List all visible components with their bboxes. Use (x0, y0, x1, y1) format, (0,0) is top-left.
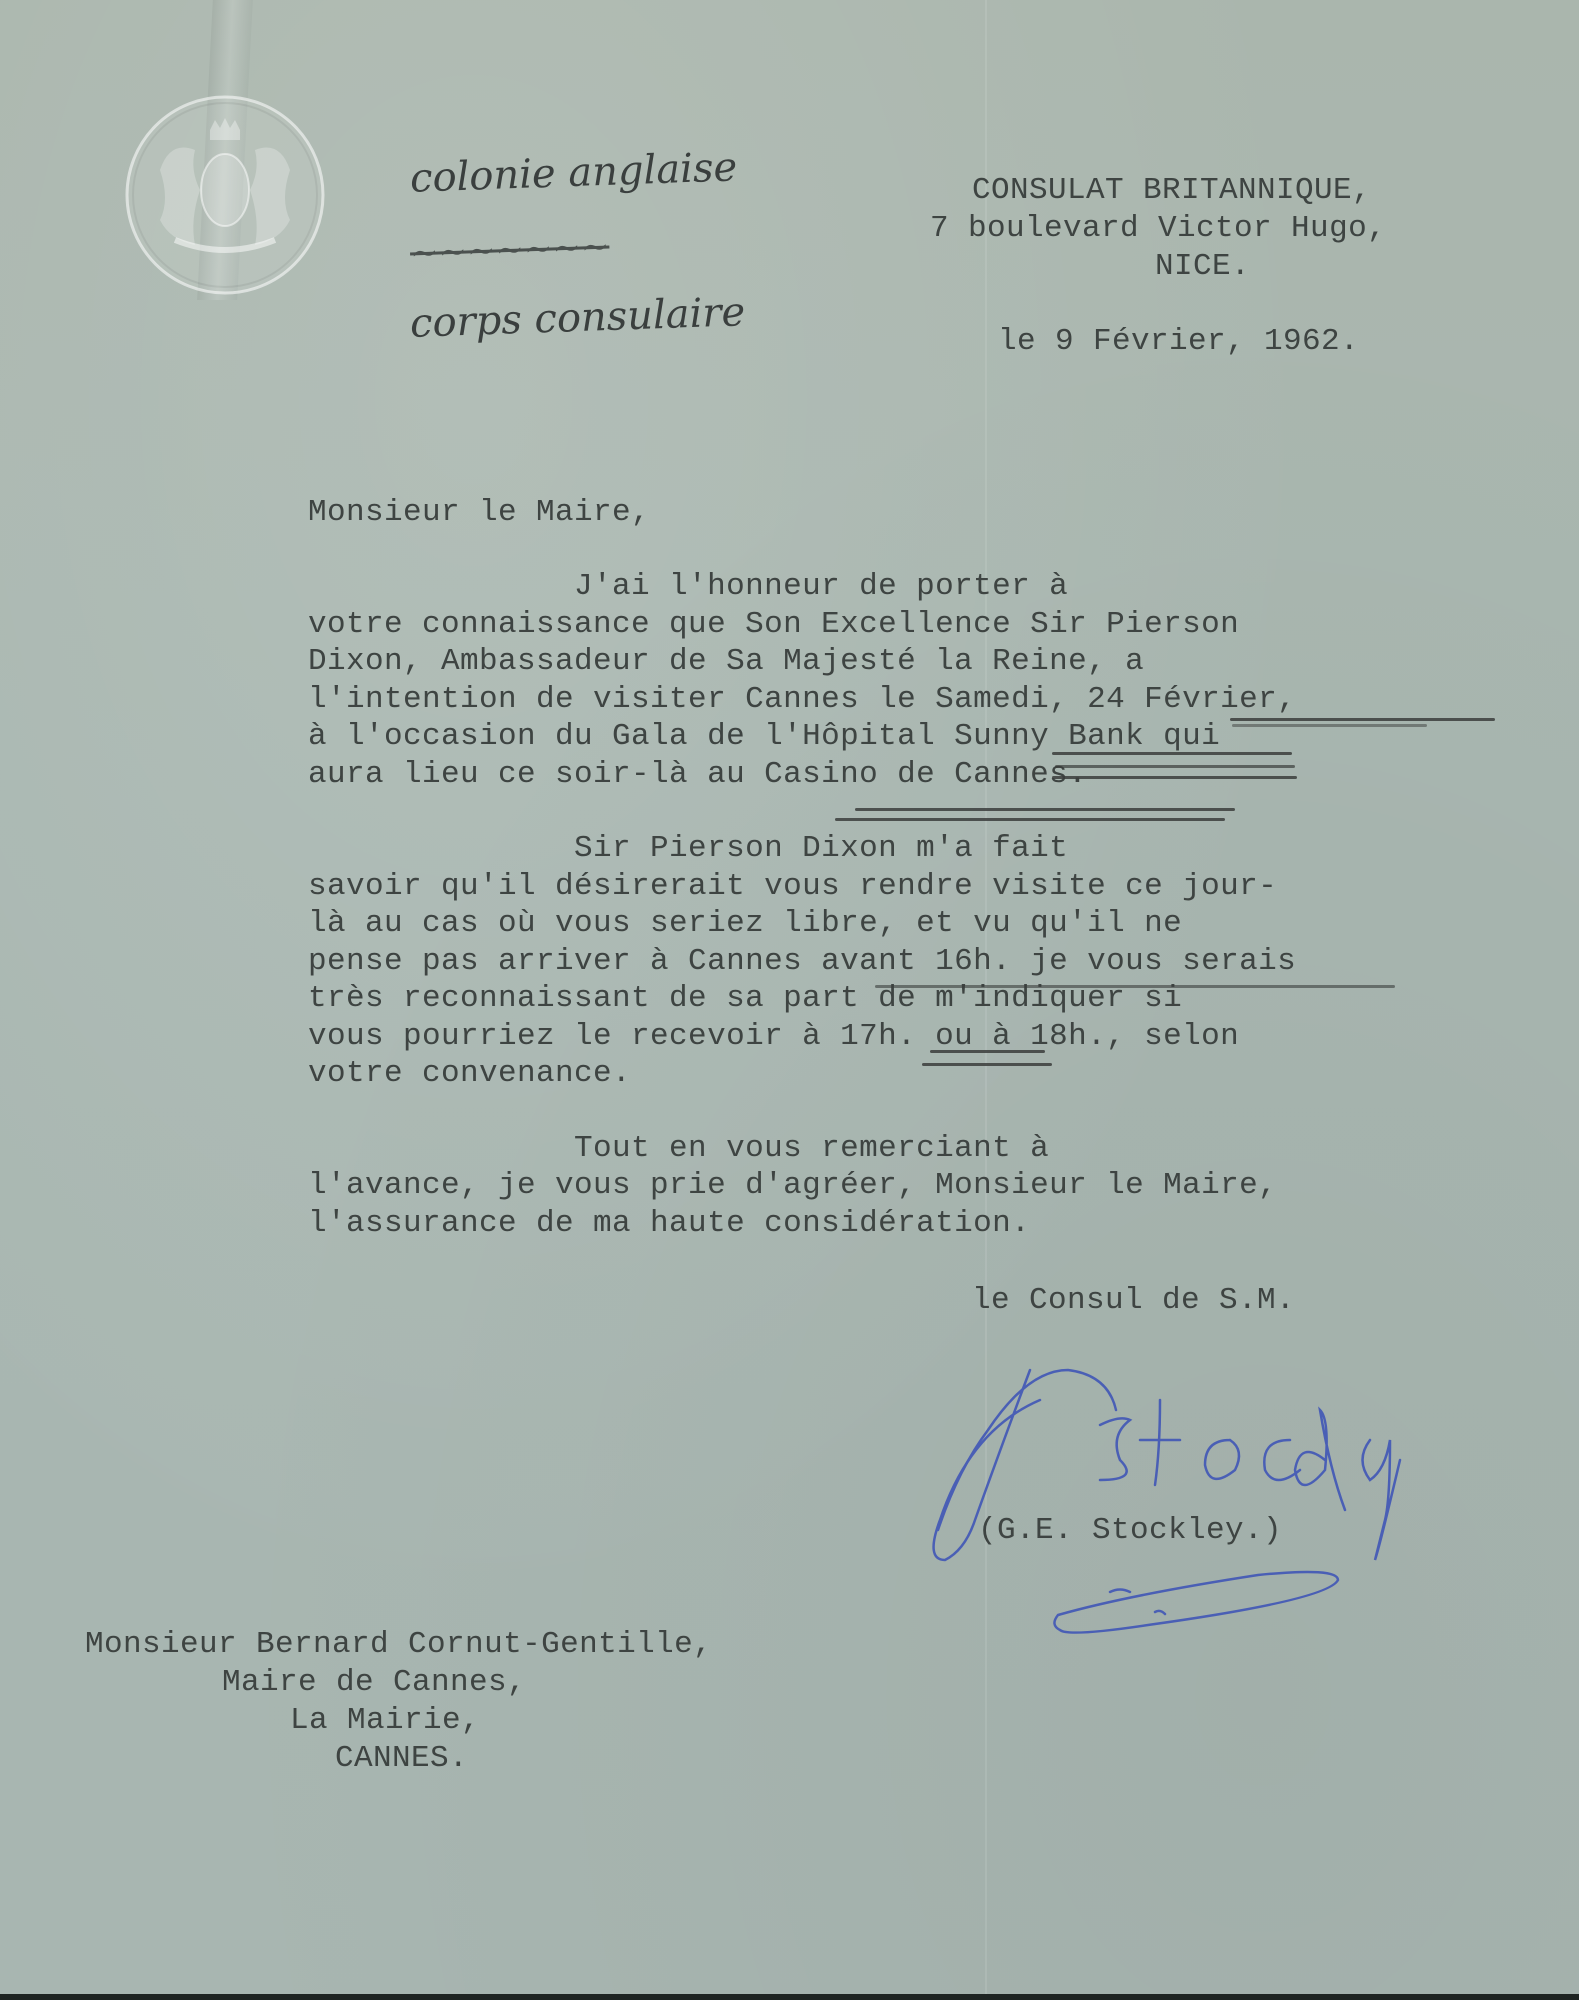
body-line: l'assurance de ma haute considération. (308, 1205, 1030, 1243)
underline-mark-2 (835, 818, 1225, 821)
body-line: Dixon, Ambassadeur de Sa Majesté la Rein… (308, 643, 1144, 681)
body-line: l'intention de visiter Cannes le Samedi,… (308, 681, 1296, 719)
underline-17h (930, 1050, 1045, 1053)
body-line: là au cas où vous seriez libre, et vu qu… (308, 905, 1182, 943)
body-line: aura lieu ce soir-là au Casino de Cannes… (308, 756, 1087, 794)
strike-part-de-mindiquer (875, 985, 1395, 988)
strike-casino-de-cannes (1052, 776, 1297, 779)
recipient-line-3: La Mairie, (290, 1702, 480, 1740)
body-line: l'avance, je vous prie d'agréer, Monsieu… (308, 1167, 1277, 1205)
body-line: votre convenance. (308, 1055, 631, 1093)
letterhead-line-3: NICE. (1155, 248, 1250, 286)
body-line: savoir qu'il désirerait vous rendre visi… (308, 868, 1277, 906)
letter-date: le 9 Février, 1962. (998, 323, 1359, 361)
recipient-line-1: Monsieur Bernard Cornut-Gentille, (85, 1626, 712, 1664)
underline-sunny-bank (1052, 752, 1292, 755)
body-line: Tout en vous remerciant à (308, 1130, 1049, 1168)
underline-17h-2 (922, 1063, 1052, 1066)
royal-seal-icon (120, 90, 330, 300)
underline-24-fevrier (1230, 718, 1495, 721)
handwritten-note-1: colonie anglaise (409, 144, 738, 201)
letterhead-line-2: 7 boulevard Victor Hugo, (930, 210, 1386, 248)
underline-24-fevrier-2 (1232, 724, 1427, 727)
closing: le Consul de S.M. (972, 1282, 1295, 1320)
salutation: Monsieur le Maire, (308, 494, 650, 532)
underline-casino (1055, 765, 1295, 768)
body-line: à l'occasion du Gala de l'Hôpital Sunny … (308, 718, 1220, 756)
recipient-line-4: CANNES. (335, 1740, 468, 1778)
underline-mark-1 (855, 808, 1235, 811)
body-line: Sir Pierson Dixon m'a fait (308, 830, 1068, 868)
handwritten-note-crossed: ~~~~~~~ (409, 227, 610, 274)
letterhead-line-1: CONSULAT BRITANNIQUE, (972, 172, 1371, 210)
recipient-line-2: Maire de Cannes, (222, 1664, 526, 1702)
letter-paper: colonie anglaise ~~~~~~~ corps consulair… (0, 0, 1579, 1994)
typed-signature-name: (G.E. Stockley.) (978, 1512, 1282, 1550)
body-line: vous pourriez le recevoir à 17h. ou à 18… (308, 1018, 1239, 1056)
handwritten-note-2: corps consulaire (409, 289, 746, 347)
body-line: J'ai l'honneur de porter à (308, 568, 1068, 606)
body-line: pense pas arriver à Cannes avant 16h. je… (308, 943, 1296, 981)
body-line: votre connaissance que Son Excellence Si… (308, 606, 1239, 644)
